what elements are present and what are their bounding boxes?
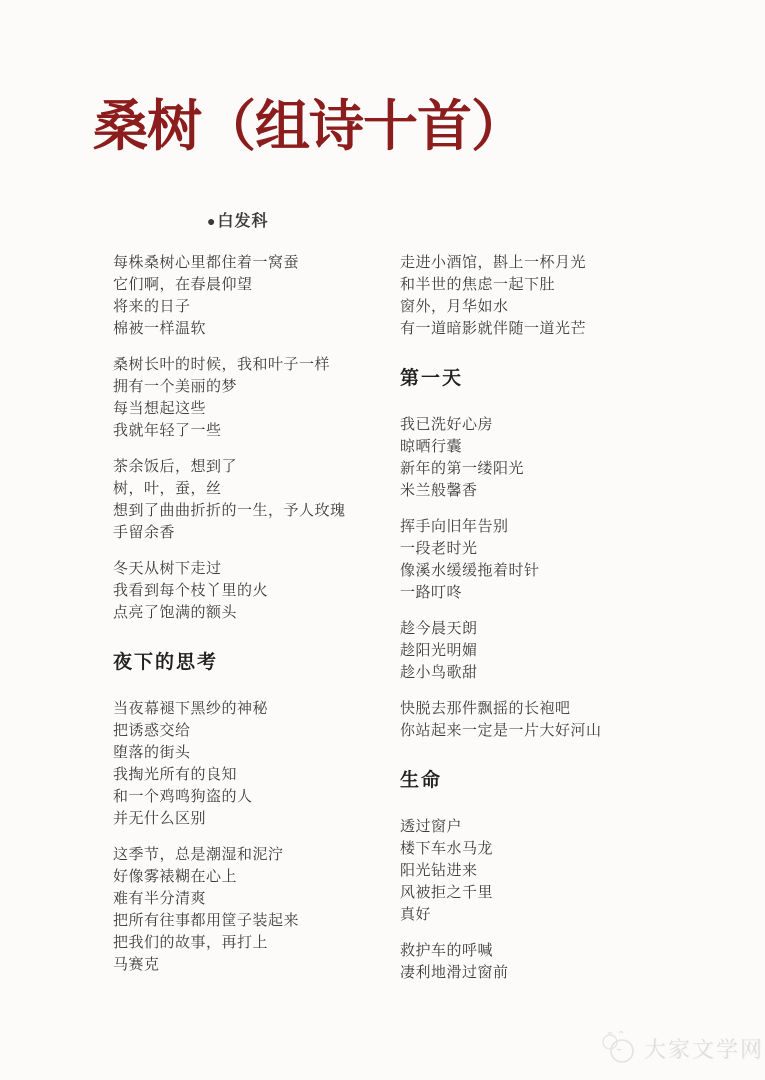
poem-stanza: 茶余饭后，想到了树，叶，蚕，丝想到了曲曲折折的一生，予人玫瑰手留余香 xyxy=(113,456,405,544)
poem-stanza: 这季节，总是潮湿和泥泞好像雾裱糊在心上难有半分清爽把所有往事都用筐子装起来把我们… xyxy=(113,844,405,976)
poetry-page: 桑树（组诗十首） ●白发科 每株桑树心里都住着一窝蚕它们啊，在春晨仰望将来的日子… xyxy=(0,0,765,1080)
poem-line: 凄利地滑过窗前 xyxy=(400,962,692,984)
poem-section-heading: 第一天 xyxy=(400,366,692,392)
poem-line: 将来的日子 xyxy=(113,296,405,318)
poem-stanza: 透过窗户楼下车水马龙阳光钻进来风被拒之千里真好 xyxy=(400,816,692,926)
poem-line: 趁阳光明媚 xyxy=(400,640,692,662)
poem-line: 冬天从树下走过 xyxy=(113,558,405,580)
poem-line: 这季节，总是潮湿和泥泞 xyxy=(113,844,405,866)
poem-line: 走进小酒馆，斟上一杯月光 xyxy=(400,252,692,274)
poem-line: 有一道暗影就伴随一道光芒 xyxy=(400,318,692,340)
poem-line: 把所有往事都用筐子装起来 xyxy=(113,910,405,932)
poem-line: 棉被一样温软 xyxy=(113,318,405,340)
poem-line: 手留余香 xyxy=(113,522,405,544)
poem-line: 我就年轻了一些 xyxy=(113,420,405,442)
poem-stanza: 趁今晨天朗趁阳光明媚趁小鸟歌甜 xyxy=(400,618,692,684)
watermark-mascot-icon xyxy=(600,1030,638,1066)
poem-stanza: 挥手向旧年告别一段老时光像溪水缓缓拖着时针一路叮咚 xyxy=(400,516,692,604)
poem-line: 每株桑树心里都住着一窝蚕 xyxy=(113,252,405,274)
poem-line: 把诱惑交给 xyxy=(113,720,405,742)
poem-line: 它们啊，在春晨仰望 xyxy=(113,274,405,296)
poem-line: 风被拒之千里 xyxy=(400,882,692,904)
poem-stanza: 快脱去那件飘摇的长袍吧你站起来一定是一片大好河山 xyxy=(400,698,692,742)
poem-stanza: 冬天从树下走过我看到每个枝丫里的火点亮了饱满的额头 xyxy=(113,558,405,624)
poem-line: 趁今晨天朗 xyxy=(400,618,692,640)
poem-line: 难有半分清爽 xyxy=(113,888,405,910)
poem-line: 救护车的呼喊 xyxy=(400,940,692,962)
poem-column-left: 每株桑树心里都住着一窝蚕它们啊，在春晨仰望将来的日子棉被一样温软桑树长叶的时候，… xyxy=(113,252,405,990)
poem-line: 窗外，月华如水 xyxy=(400,296,692,318)
poem-line: 米兰般馨香 xyxy=(400,480,692,502)
poem-line: 想到了曲曲折折的一生，予人玫瑰 xyxy=(113,500,405,522)
poem-line: 楼下车水马龙 xyxy=(400,838,692,860)
poem-line: 茶余饭后，想到了 xyxy=(113,456,405,478)
poem-line: 你站起来一定是一片大好河山 xyxy=(400,720,692,742)
poem-section-heading: 生命 xyxy=(400,768,692,794)
poem-line: 把我们的故事，再打上 xyxy=(113,932,405,954)
poem-stanza: 当夜幕褪下黑纱的神秘把诱惑交给堕落的街头我掏光所有的良知和一个鸡鸣狗盗的人并无什… xyxy=(113,698,405,830)
poem-line: 快脱去那件飘摇的长袍吧 xyxy=(400,698,692,720)
poem-line: 好像雾裱糊在心上 xyxy=(113,866,405,888)
poem-line: 一路叮咚 xyxy=(400,582,692,604)
poem-line: 像溪水缓缓拖着时针 xyxy=(400,560,692,582)
poem-line: 挥手向旧年告别 xyxy=(400,516,692,538)
poem-line: 我看到每个枝丫里的火 xyxy=(113,580,405,602)
watermark-text: 大家文学网 xyxy=(644,1033,764,1064)
poem-line: 真好 xyxy=(400,904,692,926)
poem-line: 新年的第一缕阳光 xyxy=(400,458,692,480)
poem-stanza: 走进小酒馆，斟上一杯月光和半世的焦虑一起下肚窗外，月华如水有一道暗影就伴随一道光… xyxy=(400,252,692,340)
watermark: 大家文学网 xyxy=(600,1030,764,1066)
page-title: 桑树（组诗十首） xyxy=(93,82,525,161)
poem-line: 我已洗好心房 xyxy=(400,414,692,436)
author-bullet-icon: ● xyxy=(207,213,216,229)
poem-line: 趁小鸟歌甜 xyxy=(400,662,692,684)
poem-line: 桑树长叶的时候，我和叶子一样 xyxy=(113,354,405,376)
poem-line: 并无什么区别 xyxy=(113,808,405,830)
poem-line: 拥有一个美丽的梦 xyxy=(113,376,405,398)
poem-line: 马赛克 xyxy=(113,954,405,976)
poem-line: 当夜幕褪下黑纱的神秘 xyxy=(113,698,405,720)
poem-section-heading: 夜下的思考 xyxy=(113,650,405,676)
poem-stanza: 桑树长叶的时候，我和叶子一样拥有一个美丽的梦每当想起这些我就年轻了一些 xyxy=(113,354,405,442)
poem-line: 透过窗户 xyxy=(400,816,692,838)
poem-line: 每当想起这些 xyxy=(113,398,405,420)
poem-line: 和半世的焦虑一起下肚 xyxy=(400,274,692,296)
poem-line: 阳光钻进来 xyxy=(400,860,692,882)
poem-stanza: 救护车的呼喊凄利地滑过窗前 xyxy=(400,940,692,984)
poem-line: 我掏光所有的良知 xyxy=(113,764,405,786)
poem-line: 堕落的街头 xyxy=(113,742,405,764)
poem-column-right: 走进小酒馆，斟上一杯月光和半世的焦虑一起下肚窗外，月华如水有一道暗影就伴随一道光… xyxy=(400,252,692,998)
author-byline: ●白发科 xyxy=(207,208,268,231)
poem-stanza: 我已洗好心房晾晒行囊新年的第一缕阳光米兰般馨香 xyxy=(400,414,692,502)
poem-line: 和一个鸡鸣狗盗的人 xyxy=(113,786,405,808)
poem-line: 晾晒行囊 xyxy=(400,436,692,458)
poem-stanza: 每株桑树心里都住着一窝蚕它们啊，在春晨仰望将来的日子棉被一样温软 xyxy=(113,252,405,340)
poem-line: 点亮了饱满的额头 xyxy=(113,602,405,624)
poem-line: 一段老时光 xyxy=(400,538,692,560)
author-name: 白发科 xyxy=(217,213,268,230)
poem-line: 树，叶，蚕，丝 xyxy=(113,478,405,500)
